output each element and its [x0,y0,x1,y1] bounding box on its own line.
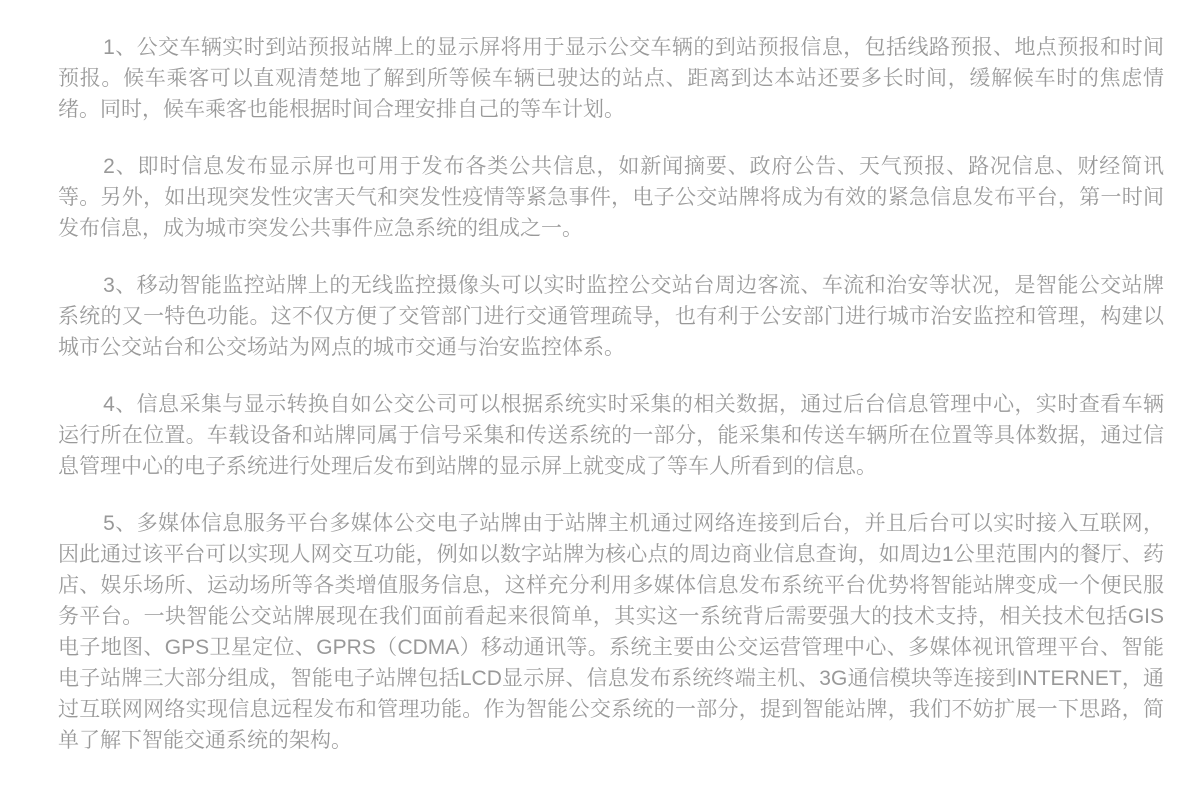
paragraph-public-info-display: 2、即时信息发布显示屏也可用于发布各类公共信息，如新闻摘要、政府公告、天气预报、… [58,151,1164,244]
paragraph-bus-arrival-forecast: 1、公交车辆实时到站预报站牌上的显示屏将用于显示公交车辆的到站预报信息，包括线路… [58,32,1164,125]
document-body: 1、公交车辆实时到站预报站牌上的显示屏将用于显示公交车辆的到站预报信息，包括线路… [0,0,1200,756]
paragraph-mobile-surveillance: 3、移动智能监控站牌上的无线监控摄像头可以实时监控公交站台周边客流、车流和治安等… [58,270,1164,363]
paragraph-multimedia-service-platform: 5、多媒体信息服务平台多媒体公交电子站牌由于站牌主机通过网络连接到后台，并且后台… [58,508,1164,756]
paragraph-data-collection-display: 4、信息采集与显示转换自如公交公司可以根据系统实时采集的相关数据，通过后台信息管… [58,389,1164,482]
